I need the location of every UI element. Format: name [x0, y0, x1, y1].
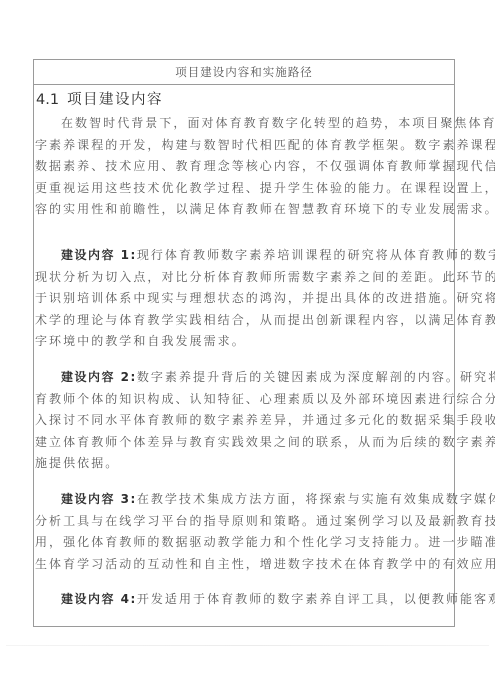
- text-line: 字素养课程的开发，构建与数智时代相匹配的体育教学框架。数字素养课程将包含: [34, 135, 456, 157]
- paragraph-content-1: 建设内容 1:现行体育教师数字素养培训课程的研究将从体育教师的数字素养的 现状分…: [34, 245, 456, 353]
- text-line: 分析工具与在线学习平台的指导原则和策略。通过案例学习以及最新教育技术学应: [34, 511, 456, 533]
- text-line: 数据素养、技术应用、教育理念等核心内容，不仅强调体育教师掌握现代信息技术，: [34, 156, 456, 178]
- text-line: 建设内容 4:开发适用于体育教师的数字素养自评工具，以便教师能客观评估: [34, 589, 456, 611]
- text-line: 于识别培训体系中现实与理想状态的鸿沟，并提出具体的改进措施。研究将教育技: [34, 288, 456, 310]
- text-line: 施提供依据。: [34, 453, 456, 475]
- text-line: 在数智时代背景下，面对体育教育数字化转型的趋势，本项目聚焦体育教师数: [34, 113, 456, 135]
- text-line: 现状分析为切入点，对比分析体育教师所需数字素养之间的差距。此环节的目标在: [34, 267, 456, 289]
- text-line: 入探讨不同水平体育教师的数字素养差异，并通过多元化的数据采集手段收集数据，: [34, 410, 456, 432]
- text-line: 字环境中的教学和自我发展需求。: [34, 331, 456, 353]
- content-table: 项目建设内容和实施路径 4.1项目建设内容 在数智时代背景下，面对体育教育数字化…: [33, 59, 455, 627]
- text-line: 建设内容 1:现行体育教师数字素养培训课程的研究将从体育教师的数字素养的: [34, 245, 456, 267]
- section-number: 4.1: [36, 92, 59, 108]
- text-run: 开发适用于体育教师的数字素养自评工具，以便教师能客观评估: [137, 592, 495, 606]
- section-title: 项目建设内容: [67, 92, 163, 108]
- paragraph-content-2: 建设内容 2:数字素养提升背后的关键因素成为深度解剖的内容。研究将围绕体 育教师…: [34, 367, 456, 475]
- paragraph-content-4: 建设内容 4:开发适用于体育教师的数字素养自评工具，以便教师能客观评估: [34, 589, 456, 611]
- text-line: 生体育学习活动的互动性和自主性，增进数字技术在体育教学中的有效应用。: [34, 554, 456, 576]
- text-run: 现行体育教师数字素养培训课程的研究将从体育教师的数字素养的: [137, 248, 495, 262]
- text-line: 育教师个体的知识构成、认知特征、心理素质以及外部环境因素进行综合分析。深: [34, 389, 456, 411]
- page-divider: [6, 645, 489, 646]
- text-line: 建立体育教师个体差异与教育实践效果之间的联系，从而为后续的数字素养提升措: [34, 432, 456, 454]
- content-label-3: 建设内容 3:: [61, 492, 137, 506]
- content-label-4: 建设内容 4:: [61, 592, 137, 606]
- section-heading: 4.1项目建设内容: [36, 88, 163, 109]
- text-line: 术学的理论与体育教学实践相结合，从而提出创新课程内容，以满足体育教师在数: [34, 310, 456, 332]
- content-label-1: 建设内容 1:: [61, 248, 137, 262]
- content-label-2: 建设内容 2:: [61, 370, 137, 384]
- text-run: 数字素养提升背后的关键因素成为深度解剖的内容。研究将围绕体: [137, 370, 495, 384]
- text-line: 容的实用性和前瞻性，以满足体育教师在智慧教育环境下的专业发展需求。: [34, 199, 456, 221]
- text-line: 用，强化体育教师的数据驱动教学能力和个性化学习支持能力。进一步瞄准促进学: [34, 532, 456, 554]
- text-run: 在教学技术集成方法方面，将探索与实施有效集成数字媒体资源、: [137, 492, 495, 506]
- text-line: 更重视运用这些技术优化教学过程、提升学生体验的能力。在课程设置上，强调内: [34, 178, 456, 200]
- paragraph-intro: 在数智时代背景下，面对体育教育数字化转型的趋势，本项目聚焦体育教师数 字素养课程…: [34, 113, 456, 221]
- table-header: 项目建设内容和实施路径: [34, 60, 454, 85]
- text-line: 建设内容 3:在教学技术集成方法方面，将探索与实施有效集成数字媒体资源、: [34, 489, 456, 511]
- paragraph-content-3: 建设内容 3:在教学技术集成方法方面，将探索与实施有效集成数字媒体资源、 分析工…: [34, 489, 456, 575]
- text-line: 建设内容 2:数字素养提升背后的关键因素成为深度解剖的内容。研究将围绕体: [34, 367, 456, 389]
